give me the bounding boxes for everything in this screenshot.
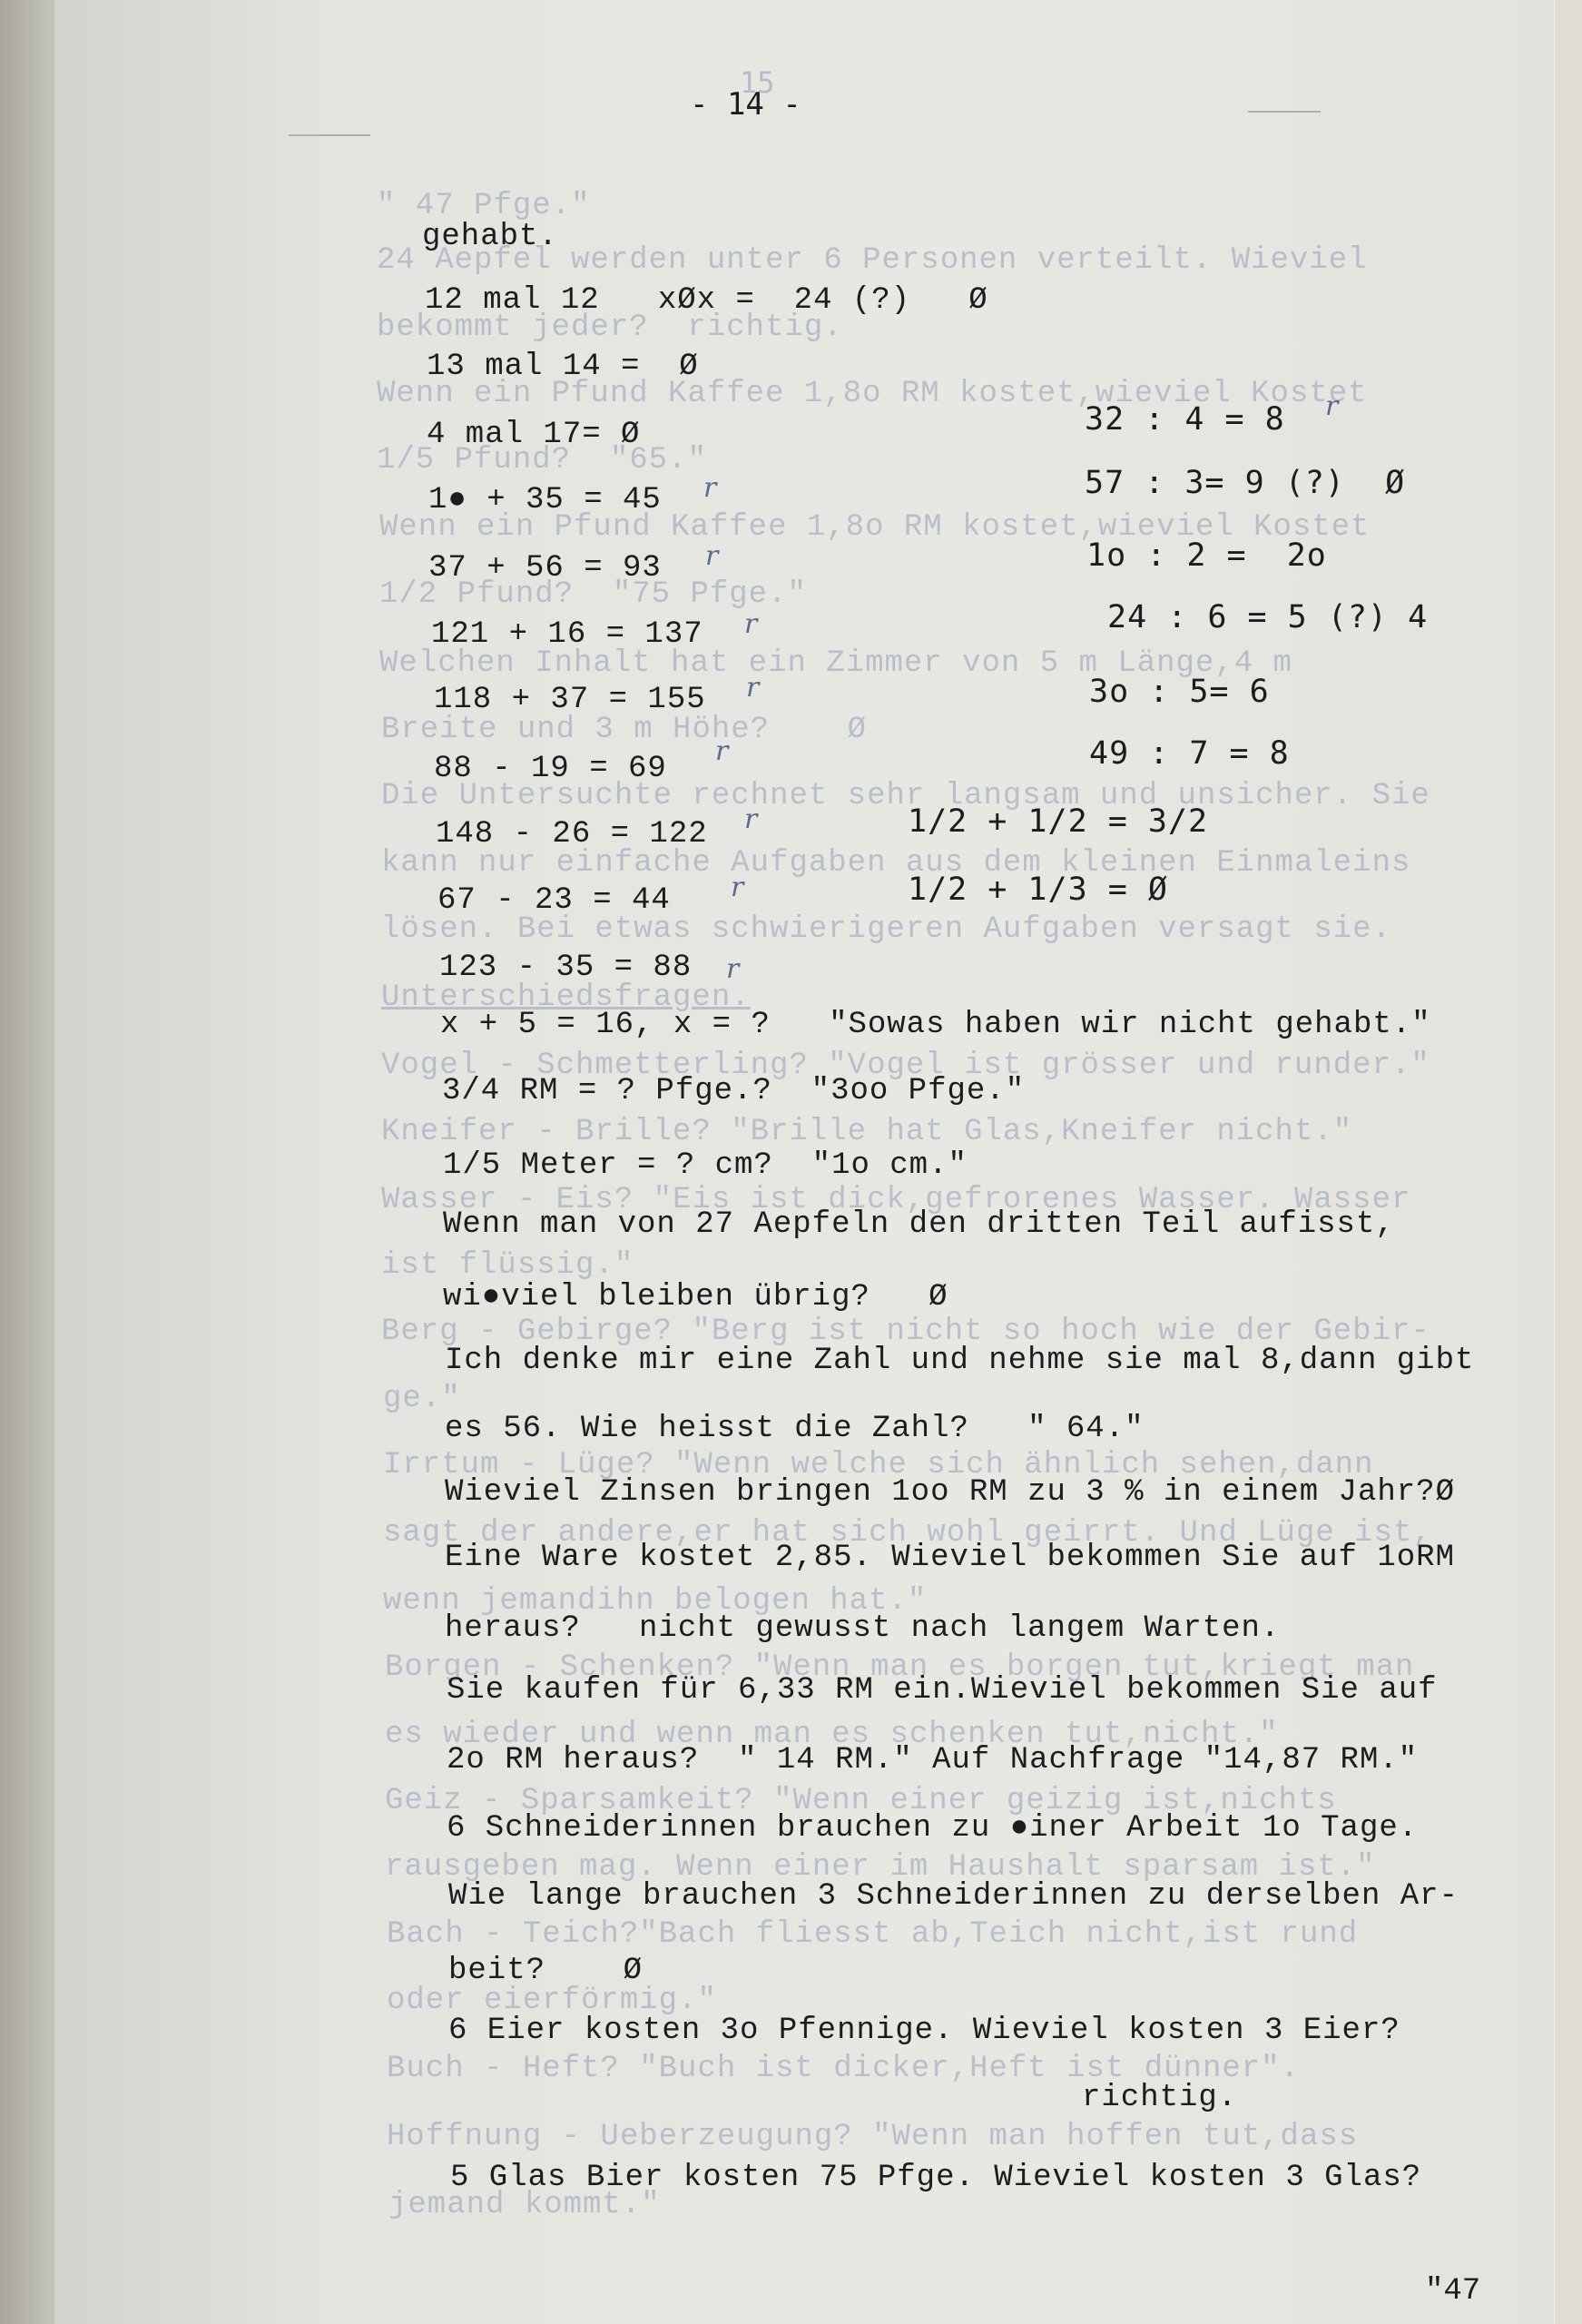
check-mark: r — [705, 540, 718, 572]
text-line: heraus? nicht gewusst nach langem Warten… — [445, 1611, 1280, 1646]
text-line: 1/5 Meter = ? cm? "1o cm." — [443, 1148, 968, 1183]
calculation-line: 32 : 4 = 8 — [1085, 401, 1285, 438]
footer-continuation: "47 — [1425, 2274, 1480, 2309]
page-edge — [1554, 0, 1582, 2324]
text-line: Wieviel Zinsen bringen 1oo RM zu 3 % in … — [445, 1475, 1455, 1510]
check-mark: r — [746, 672, 759, 704]
text-line: 37 + 56 = 93 — [428, 551, 662, 586]
calculation-line: 3o : 5= 6 — [1089, 674, 1270, 710]
text-line: 13 mal 14 = Ø — [427, 350, 699, 384]
text-line: 6 Eier kosten 3o Pfennige. Wieviel koste… — [448, 2014, 1400, 2048]
bleed-through-line: Bach - Teich?"Bach fliesst ab,Teich nich… — [387, 1917, 1358, 1952]
calculation-line: 1o : 2 = 2o — [1086, 537, 1327, 574]
bleed-through-line: Kneifer - Brille? "Brille hat Glas,Kneif… — [381, 1115, 1352, 1149]
text-line: 2o RM heraus? " 14 RM." Auf Nachfrage "1… — [447, 1743, 1418, 1777]
text-line: gehabt. — [422, 220, 558, 254]
text-line: x + 5 = 16, x = ? "Sowas haben wir nicht… — [440, 1008, 1431, 1042]
text-line: 12 mal 12 xØx = 24 (?) Ø — [425, 283, 988, 318]
calculation-line: 1/2 + 1/2 = 3/2 — [908, 803, 1208, 840]
calculation-line: 24 : 6 = 5 (?) 4 — [1107, 599, 1428, 635]
text-line: 1● + 35 = 45 — [428, 483, 662, 517]
text-line: 6 Schneiderinnen brauchen zu ●iner Arbei… — [447, 1811, 1418, 1846]
text-line: 88 - 19 = 69 — [434, 752, 667, 786]
check-mark: r — [1325, 390, 1338, 422]
check-mark: r — [726, 953, 739, 985]
text-line: 148 - 26 = 122 — [436, 817, 708, 852]
text-line: 118 + 37 = 155 — [434, 683, 706, 717]
text-line: Wenn man von 27 Aepfeln den dritten Teil… — [443, 1207, 1395, 1242]
text-line: Wie lange brauchen 3 Schneiderinnen zu d… — [448, 1879, 1459, 1914]
bleed-through-line: Breite und 3 m Höhe? Ø — [381, 713, 867, 747]
text-line: 3/4 RM = ? Pfge.? "3oo Pfge." — [442, 1074, 1025, 1108]
check-mark: r — [731, 871, 743, 903]
text-line: 67 - 23 = 44 — [437, 883, 671, 918]
calculation-line: 1/2 + 1/3 = Ø — [908, 871, 1168, 908]
bleed-through-line: " 47 Pfge." — [377, 189, 590, 223]
text-line: richtig. — [1082, 2081, 1237, 2115]
calculation-line: 49 : 7 = 8 — [1089, 735, 1290, 772]
text-line: wi●viel bleiben übrig? Ø — [443, 1280, 948, 1315]
text-line: 121 + 16 = 137 — [431, 617, 703, 652]
text-line: 4 mal 17= Ø — [427, 418, 640, 452]
text-line: 123 - 35 = 88 — [439, 950, 692, 985]
text-line: 5 Glas Bier kosten 75 Pfge. Wieviel kost… — [450, 2161, 1421, 2195]
bleed-through-line: ist flüssig." — [381, 1248, 634, 1283]
text-line: Ich denke mir eine Zahl und nehme sie ma… — [445, 1344, 1474, 1378]
text-line: es 56. Wie heisst die Zahl? " 64." — [445, 1412, 1145, 1446]
page-number: - 14 - — [690, 86, 801, 123]
text-line: Eine Ware kostet 2,85. Wieviel bekommen … — [445, 1541, 1455, 1575]
check-mark: r — [715, 735, 728, 767]
calculation-line: 57 : 3= 9 (?) Ø — [1085, 465, 1405, 501]
text-line: beit? Ø — [448, 1954, 643, 1988]
check-mark: r — [744, 803, 757, 835]
check-mark: r — [703, 472, 716, 504]
margin-dash — [289, 134, 370, 136]
bleed-through-line: Hoffnung - Ueberzeugung? "Wenn man hoffe… — [387, 2120, 1358, 2154]
text-line: Sie kaufen für 6,33 RM ein.Wieviel bekom… — [447, 1673, 1438, 1708]
check-mark: r — [744, 608, 757, 640]
margin-dash — [1248, 111, 1321, 113]
